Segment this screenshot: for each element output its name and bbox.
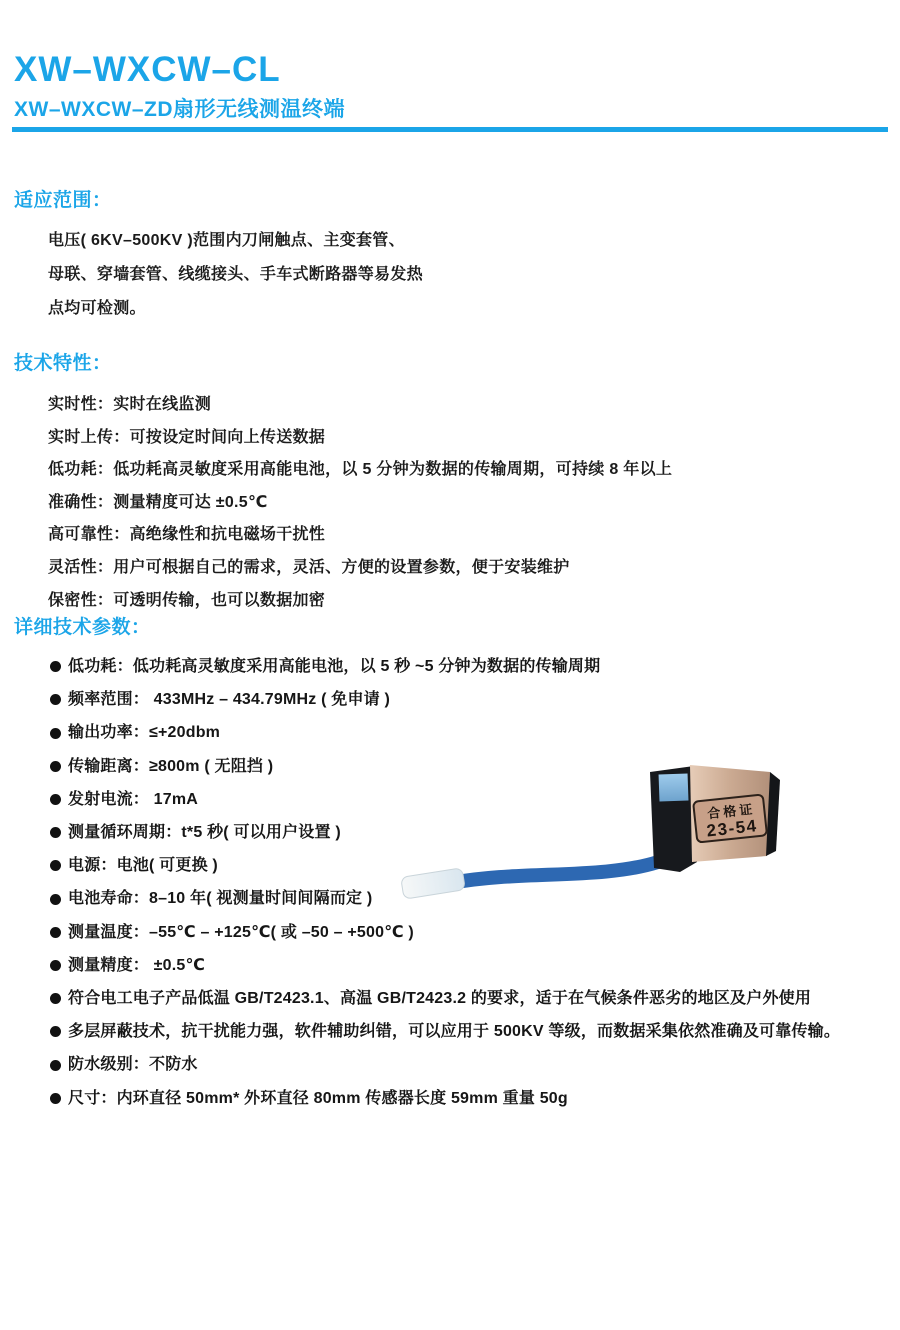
section-features: 技术特性： 实时性：实时在线监测 实时上传：可按设定时间向上传送数据 低功耗：低…	[14, 348, 672, 617]
parameter-text: 电池寿命：8–10 年( 视测量时间间隔而定 )	[68, 890, 372, 907]
bullet-icon	[50, 894, 61, 905]
qc-label: 合格证 23-54	[693, 794, 767, 842]
section-scope: 适应范围： 电压( 6KV–500KV )范围内刀闸触点、主变套管、 母联、穿墙…	[14, 185, 423, 326]
parameter-text: 多层屏蔽技术，抗干扰能力强，软件辅助纠错，可以应用于 500KV 等级，而数据采…	[68, 1023, 840, 1040]
bullet-icon	[50, 827, 61, 838]
scope-body: 电压( 6KV–500KV )范围内刀闸触点、主变套管、 母联、穿墙套管、线缆接…	[48, 224, 423, 326]
parameter-item: 测量精度： ±0.5℃	[14, 949, 840, 982]
parameter-text: 传输距离：≥800m ( 无阻挡 )	[68, 758, 273, 775]
datasheet-page: XW–WXCW–CL XW–WXCW–ZD扇形无线测温终端 适应范围： 电压( …	[0, 0, 900, 1330]
bullet-icon	[50, 927, 61, 938]
product-photo: 合格证 23-54	[396, 756, 788, 908]
parameter-text: 电源：电池( 可更换 )	[68, 857, 218, 874]
bullet-icon	[50, 761, 61, 772]
feature-line: 高可靠性：高绝缘性和抗电磁场干扰性	[48, 519, 672, 552]
parameter-item: 符合电工电子产品低温 GB/T2423.1、高温 GB/T2423.2 的要求，…	[14, 982, 840, 1015]
connector-tip	[401, 868, 466, 899]
header-divider	[12, 127, 888, 132]
parameter-text: 尺寸：内环直径 50mm* 外环直径 80mm 传感器长度 59mm 重量 50…	[68, 1090, 568, 1107]
scope-line: 母联、穿墙套管、线缆接头、手车式断路器等易发热	[48, 258, 423, 292]
parameter-text: 频率范围： 433MHz – 434.79MHz ( 免申请 )	[68, 691, 390, 708]
page-subtitle: XW–WXCW–ZD扇形无线测温终端	[14, 93, 345, 123]
feature-line: 低功耗：低功耗高灵敏度采用高能电池，以 5 分钟为数据的传输周期，可持续 8 年…	[48, 454, 672, 487]
parameter-text: 发射电流： 17mA	[68, 791, 198, 808]
page-header: XW–WXCW–CL XW–WXCW–ZD扇形无线测温终端	[14, 52, 345, 123]
parameter-text: 符合电工电子产品低温 GB/T2423.1、高温 GB/T2423.2 的要求，…	[68, 990, 811, 1007]
parameter-item: 测量温度：–55℃ – +125℃( 或 –50 – +500℃ )	[14, 916, 840, 949]
bullet-icon	[50, 661, 61, 672]
sensor-body: 合格证 23-54	[650, 765, 780, 872]
parameter-text: 低功耗：低功耗高灵敏度采用高能电池，以 5 秒 ~5 分钟为数据的传输周期	[68, 658, 600, 675]
feature-line: 准确性：测量精度可达 ±0.5℃	[48, 487, 672, 520]
feature-line: 灵活性：用户可根据自己的需求，灵活、方便的设置参数，便于安装维护	[48, 552, 672, 585]
parameter-text: 防水级别：不防水	[68, 1056, 198, 1073]
bullet-icon	[50, 1093, 61, 1104]
parameter-text: 输出功率：≤+20dbm	[68, 724, 220, 741]
bullet-icon	[50, 694, 61, 705]
parameter-item: 输出功率：≤+20dbm	[14, 716, 840, 749]
bullet-icon	[50, 993, 61, 1004]
bullet-icon	[50, 728, 61, 739]
bullet-icon	[50, 1060, 61, 1071]
parameter-item: 尺寸：内环直径 50mm* 外环直径 80mm 传感器长度 59mm 重量 50…	[14, 1082, 840, 1115]
feature-line: 实时性：实时在线监测	[48, 389, 672, 422]
features-body: 实时性：实时在线监测 实时上传：可按设定时间向上传送数据 低功耗：低功耗高灵敏度…	[48, 389, 672, 617]
parameter-text: 测量循环周期：t*5 秒( 可以用户设置 )	[68, 824, 341, 841]
scope-line: 电压( 6KV–500KV )范围内刀闸触点、主变套管、	[48, 224, 423, 258]
bullet-icon	[50, 960, 61, 971]
sensor-cable	[451, 862, 658, 883]
body-blue-chip	[659, 773, 689, 801]
bullet-icon	[50, 1026, 61, 1037]
parameter-item: 频率范围： 433MHz – 434.79MHz ( 免申请 )	[14, 683, 840, 716]
scope-line: 点均可检测。	[48, 292, 423, 326]
feature-line: 实时上传：可按设定时间向上传送数据	[48, 422, 672, 455]
parameter-text: 测量精度： ±0.5℃	[68, 957, 205, 974]
features-heading: 技术特性：	[14, 348, 672, 375]
parameter-text: 测量温度：–55℃ – +125℃( 或 –50 – +500℃ )	[68, 924, 414, 941]
scope-heading: 适应范围：	[14, 185, 423, 212]
bullet-icon	[50, 860, 61, 871]
parameter-item: 多层屏蔽技术，抗干扰能力强，软件辅助纠错，可以应用于 500KV 等级，而数据采…	[14, 1015, 840, 1048]
bullet-icon	[50, 794, 61, 805]
parameters-heading: 详细技术参数：	[14, 612, 840, 639]
parameter-item: 防水级别：不防水	[14, 1048, 840, 1081]
parameter-item: 低功耗：低功耗高灵敏度采用高能电池，以 5 秒 ~5 分钟为数据的传输周期	[14, 650, 840, 683]
page-title: XW–WXCW–CL	[14, 52, 345, 89]
